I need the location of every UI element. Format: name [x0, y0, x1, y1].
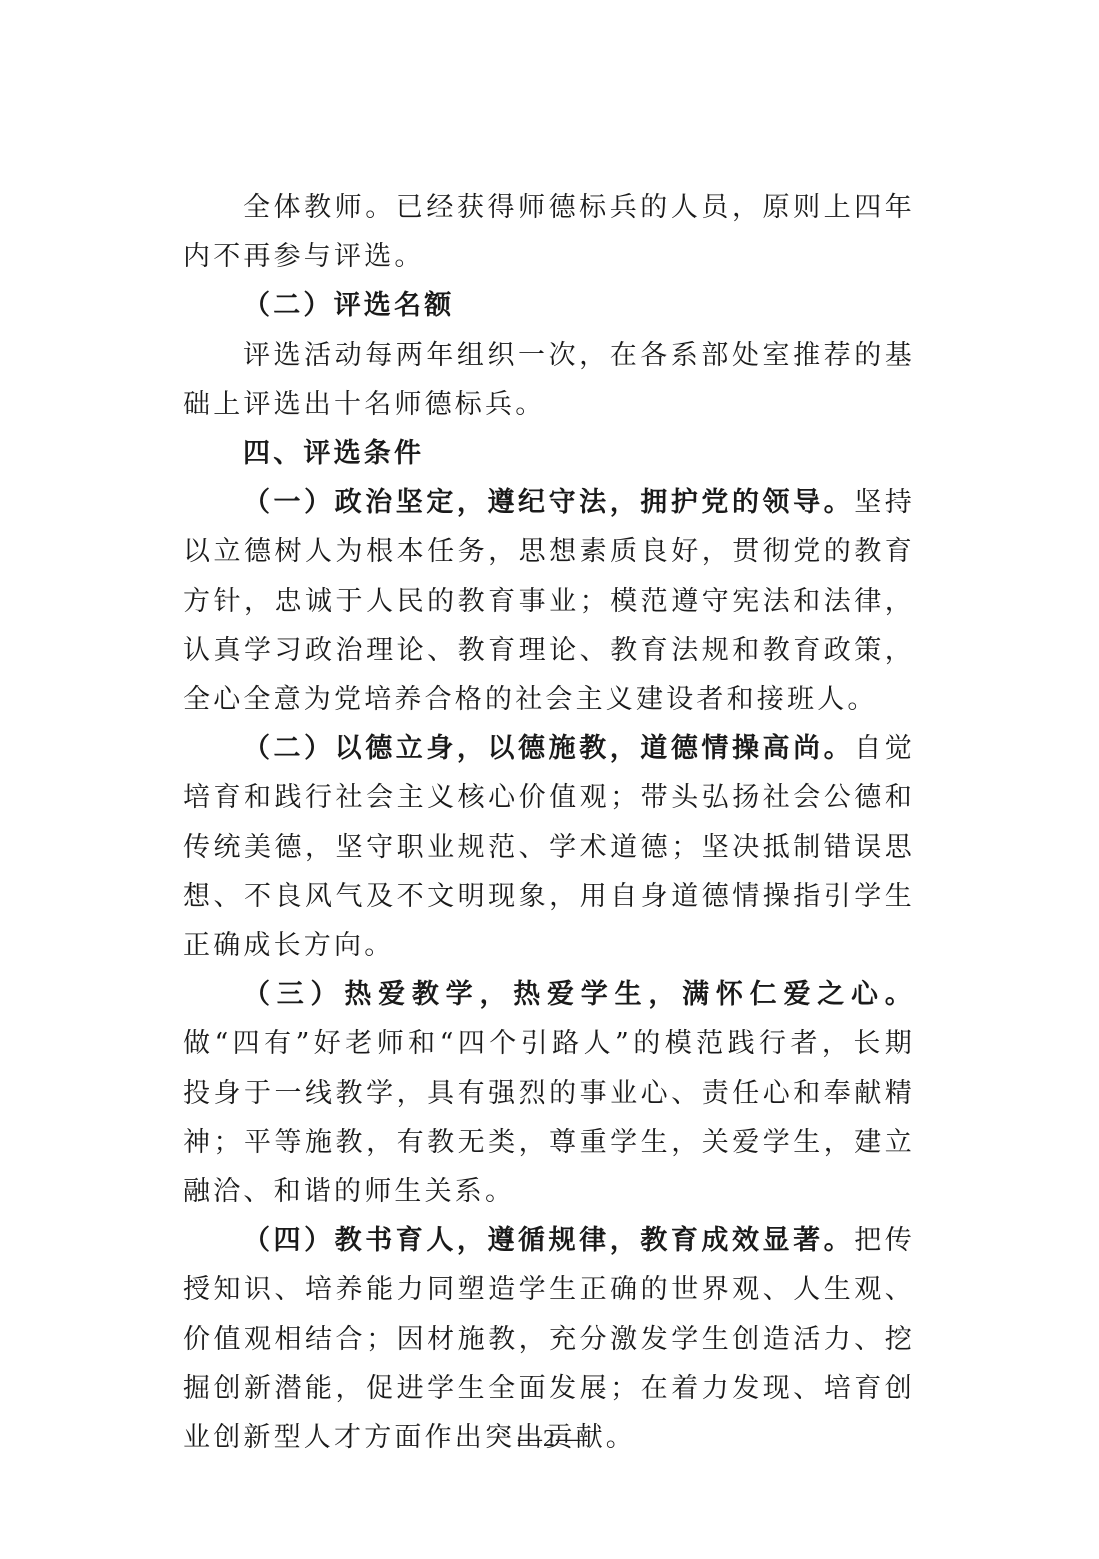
criterion-political-lead: （一）政治坚定，遵纪守法，拥护党的领导。: [243, 487, 854, 518]
criterion-moral-lead: （二）以德立身，以德施教，道德情操高尚。: [243, 733, 854, 764]
page-number: —2—: [0, 1426, 1099, 1453]
criterion-political-body: 坚持以立德树人为根本任务，思想素质良好，贯彻党的教育方针，忠诚于人民的教育事业；…: [183, 487, 915, 715]
paragraph-selection-quota: 评选活动每两年组织一次，在各系部处室推荐的基础上评选出十名师德标兵。: [183, 331, 915, 429]
criterion-moral: （二）以德立身，以德施教，道德情操高尚。自觉培育和践行社会主义核心价值观；带头弘…: [183, 724, 915, 970]
document-page: 全体教师。已经获得师德标兵的人员，原则上四年内不再参与评选。 （二）评选名额 评…: [0, 0, 1099, 1559]
paragraph-eligibility-continued: 全体教师。已经获得师德标兵的人员，原则上四年内不再参与评选。: [183, 183, 915, 281]
subheading-selection-quota: （二）评选名额: [183, 281, 915, 330]
criterion-moral-body: 自觉培育和践行社会主义核心价值观；带头弘扬社会公德和传统美德，坚守职业规范、学术…: [183, 733, 915, 961]
criterion-political: （一）政治坚定，遵纪守法，拥护党的领导。坚持以立德树人为根本任务，思想素质良好，…: [183, 478, 915, 724]
criterion-teaching-love-body: 做“四有”好老师和“四个引路人”的模范践行者，长期投身于一线教学，具有强烈的事业…: [183, 1028, 915, 1207]
criterion-teaching-love: （三）热爱教学，热爱学生，满怀仁爱之心。做“四有”好老师和“四个引路人”的模范践…: [183, 970, 915, 1216]
section-heading-criteria: 四、评选条件: [183, 429, 915, 478]
criterion-education-results-lead: （四）教书育人，遵循规律，教育成效显著。: [243, 1225, 854, 1256]
criterion-education-results-body: 把传授知识、培养能力同塑造学生正确的世界观、人生观、价值观相结合；因材施教，充分…: [183, 1225, 915, 1453]
criterion-teaching-love-lead: （三）热爱教学，热爱学生，满怀仁爱之心。: [243, 979, 915, 1010]
document-body: 全体教师。已经获得师德标兵的人员，原则上四年内不再参与评选。 （二）评选名额 评…: [183, 183, 915, 1462]
